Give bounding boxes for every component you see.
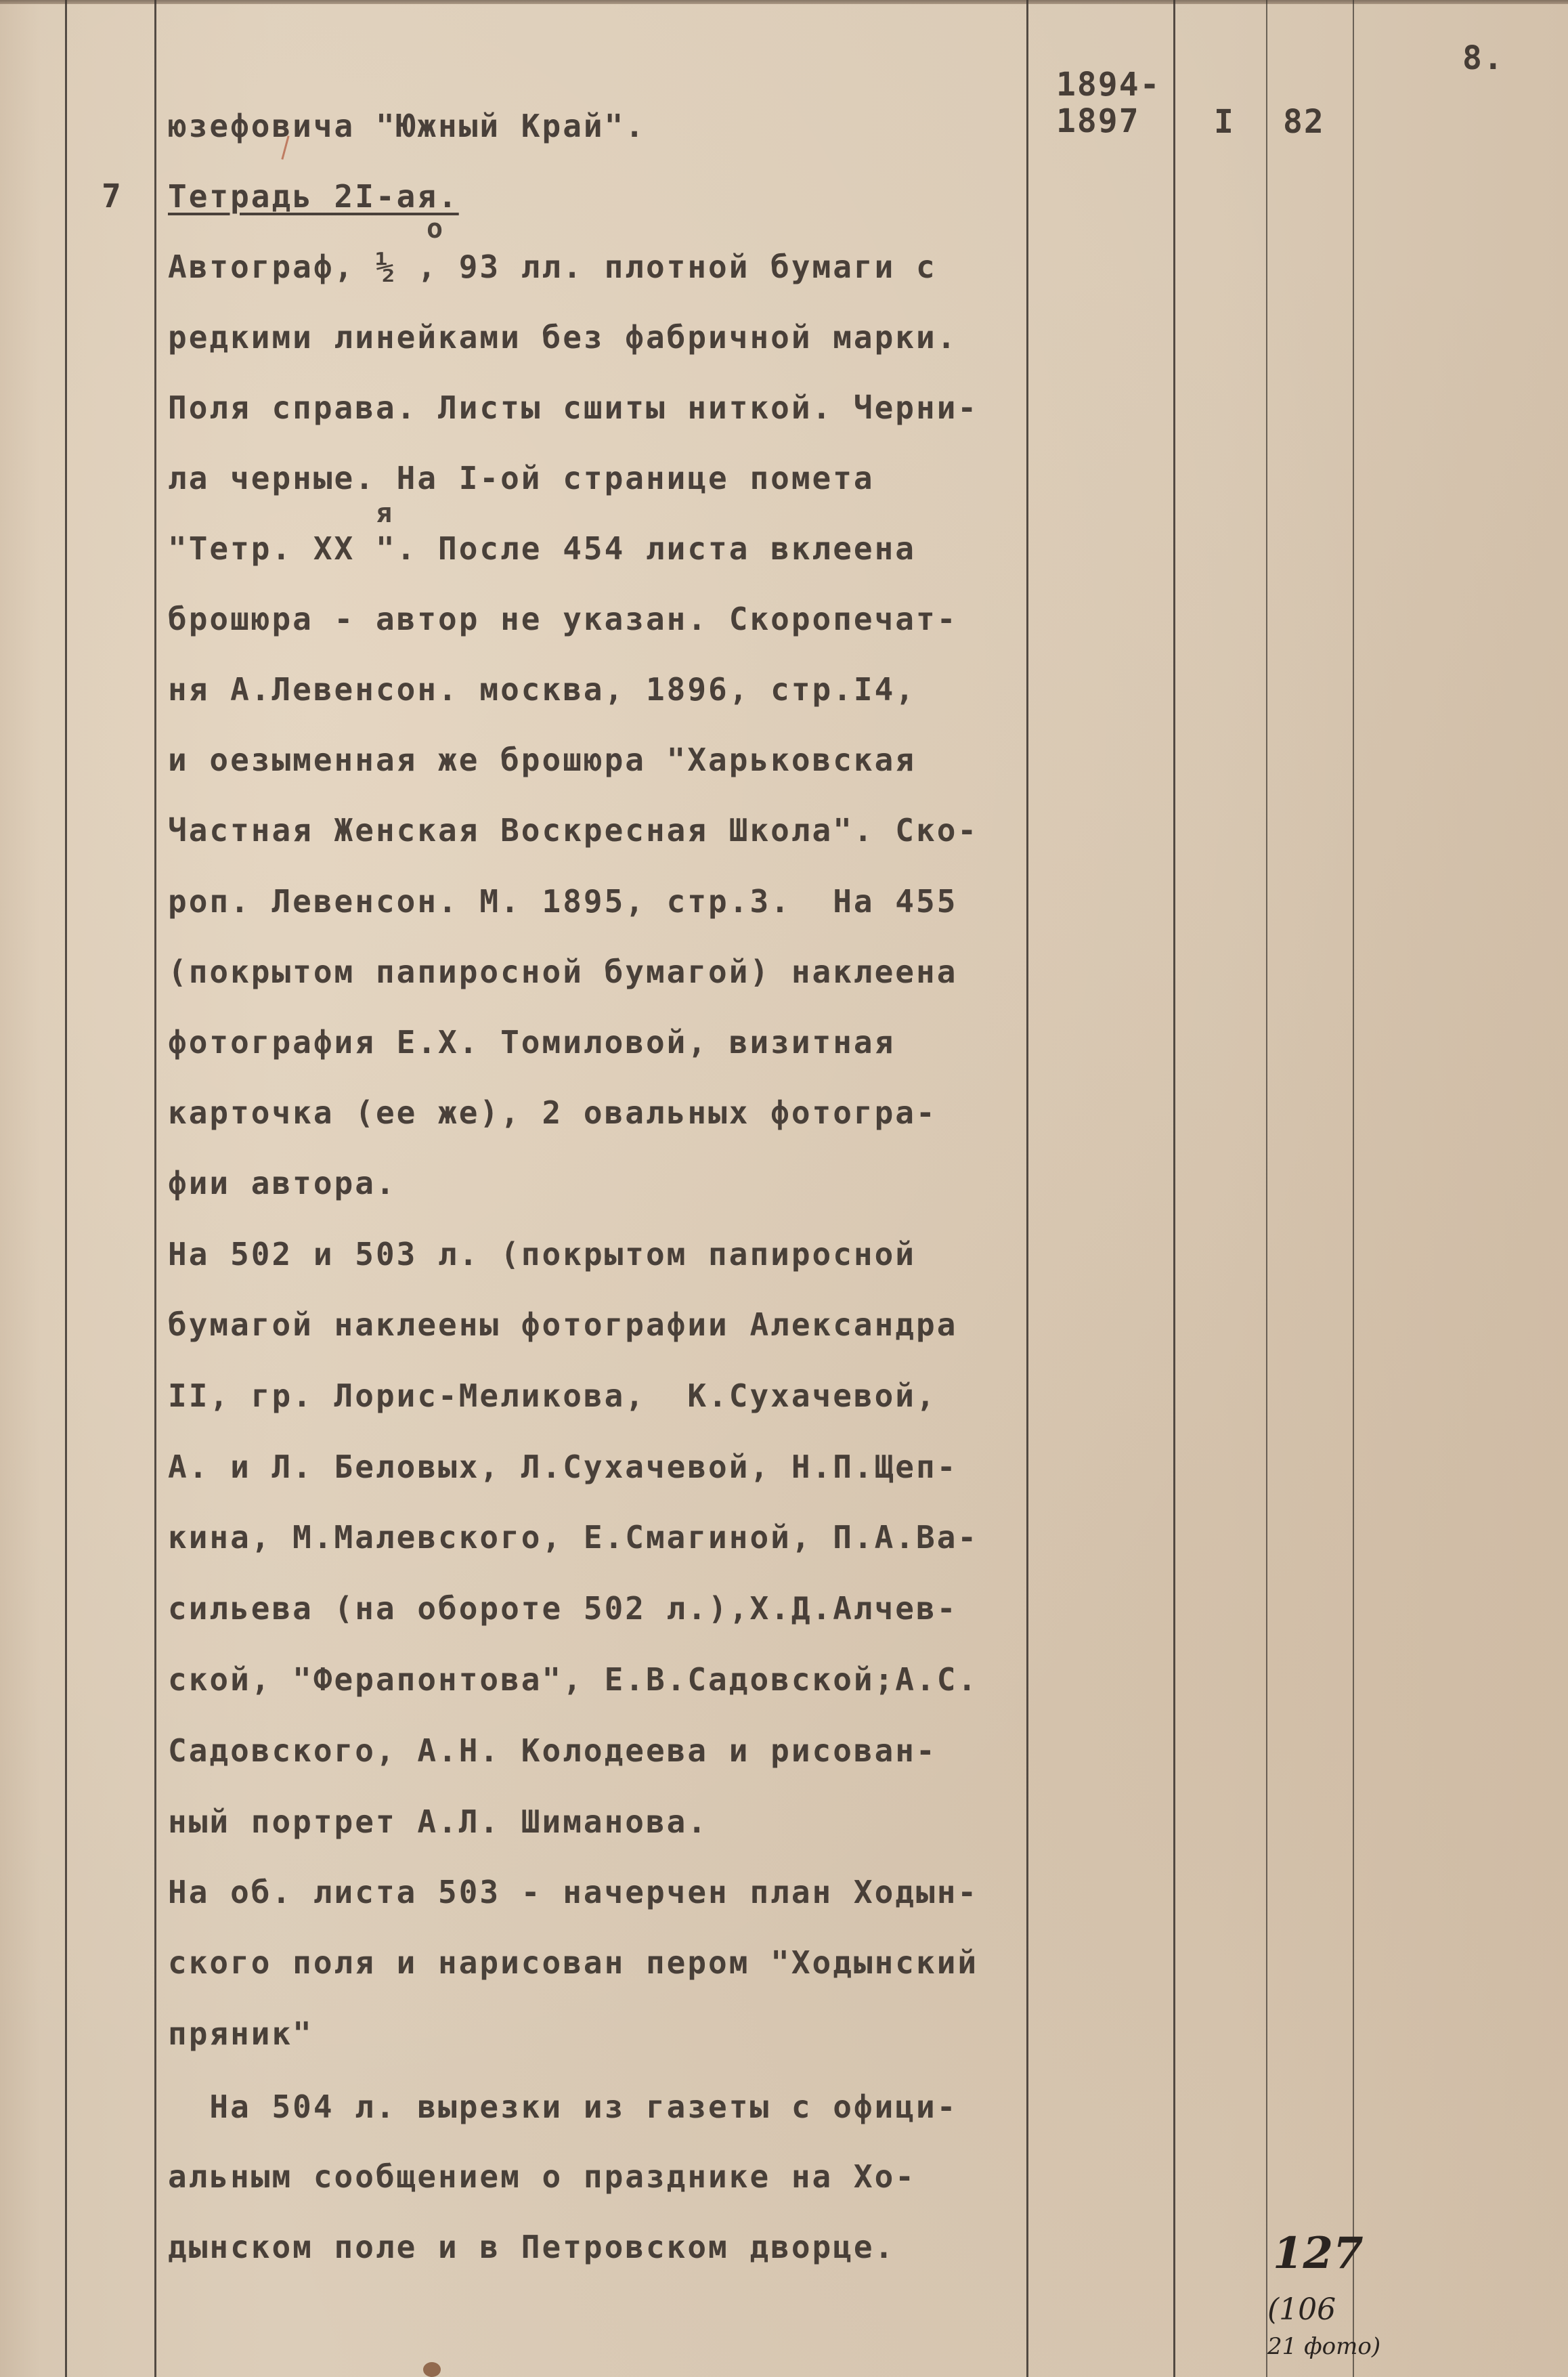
body-line: сильева (на обороте 502 л.),Х.Д.Алчев-: [168, 1589, 957, 1627]
body-line: ный портрет А.Л. Шиманова.: [168, 1803, 708, 1841]
rule-description-column: [1026, 0, 1028, 2377]
body-line: и оезыменная же брошюра "Харьковская: [168, 741, 916, 779]
page-top-edge: [0, 0, 1568, 4]
body-line: Поля справа. Листы сшиты ниткой. Черни-: [168, 389, 978, 427]
body-line: редкими линейками без фабричной марки.: [168, 318, 957, 356]
body-line: кина, М.Малевского, Е.Смагиной, П.А.Ва-: [168, 1518, 978, 1556]
rule-number-column: [154, 0, 156, 2377]
continuation-line: юзефовича "Южный Край".: [168, 107, 646, 145]
body-line: Частная Женская Воскресная Школа". Ско-: [168, 811, 978, 849]
body-line: пряник": [168, 2015, 313, 2053]
ink-stain: [423, 2362, 441, 2377]
body-line: дынском поле и в Петровском дворце.: [168, 2228, 895, 2266]
body-line: фии автора.: [168, 1164, 397, 1202]
body-line: На 502 и 503 л. (покрытом папиросной: [168, 1235, 916, 1273]
entry-title: Тетрадь 2I-ая.: [168, 177, 459, 215]
margin-rule-left: [65, 0, 67, 2377]
body-line: "Тетр. XX ". После 454 листа вклеена: [168, 530, 916, 568]
body-line: ня А.Левенсон. москва, 1896, стр.I4,: [168, 670, 916, 708]
body-line: брошюра - автор не указан. Скоропечат-: [168, 600, 957, 638]
item-count: 82: [1283, 103, 1325, 141]
body-line: А. и Л. Беловых, Л.Сухачевой, Н.П.Щеп-: [168, 1448, 957, 1486]
body-line: На 504 л. вырезки из газеты с офици-: [168, 2088, 957, 2126]
rule-dates-column: [1173, 0, 1175, 2377]
body-line: Автограф, ½ , 93 лл. плотной бумаги с: [168, 248, 937, 286]
volume-number: I: [1214, 103, 1235, 141]
date-start: 1894-: [1056, 66, 1161, 103]
body-line: фотография Е.Х. Томиловой, визитная: [168, 1023, 895, 1061]
body-line: II, гр. Лорис-Меликова, К.Сухачевой,: [168, 1377, 937, 1415]
superscript-ya: я: [376, 500, 392, 527]
body-line: (покрытом папиросной бумагой) наклеена: [168, 953, 957, 991]
page-number: 8.: [1462, 39, 1504, 77]
body-line: бумагой наклеены фотографии Александра: [168, 1306, 957, 1344]
handwritten-folio: 127: [1273, 2228, 1364, 2279]
rule-count-column: [1353, 0, 1354, 2377]
body-line: роп. Левенсон. М. 1895, стр.3. На 455: [168, 882, 957, 920]
body-line: ского поля и нарисован пером "Ходынский: [168, 1944, 978, 1982]
body-line: Садовского, А.Н. Колодеева и рисован-: [168, 1732, 937, 1770]
entry-number: 7: [102, 177, 123, 215]
handwritten-note-line1: (106: [1267, 2292, 1336, 2327]
rule-volume-column: [1266, 0, 1267, 2377]
body-line: карточка (ее же), 2 овальных фотогра-: [168, 1094, 937, 1132]
date-end: 1897: [1056, 103, 1140, 140]
body-line: альным сообщением о празднике на Хо-: [168, 2158, 916, 2196]
body-line: На об. листа 503 - начерчен план Ходын-: [168, 1873, 978, 1911]
body-line: ла черные. На I-ой странице помета: [168, 459, 875, 497]
body-line: ской, "Ферапонтова", Е.В.Садовской;А.С.: [168, 1661, 978, 1698]
handwritten-note-line2: 21 фото): [1267, 2333, 1380, 2360]
superscript-degree: o: [427, 215, 443, 242]
